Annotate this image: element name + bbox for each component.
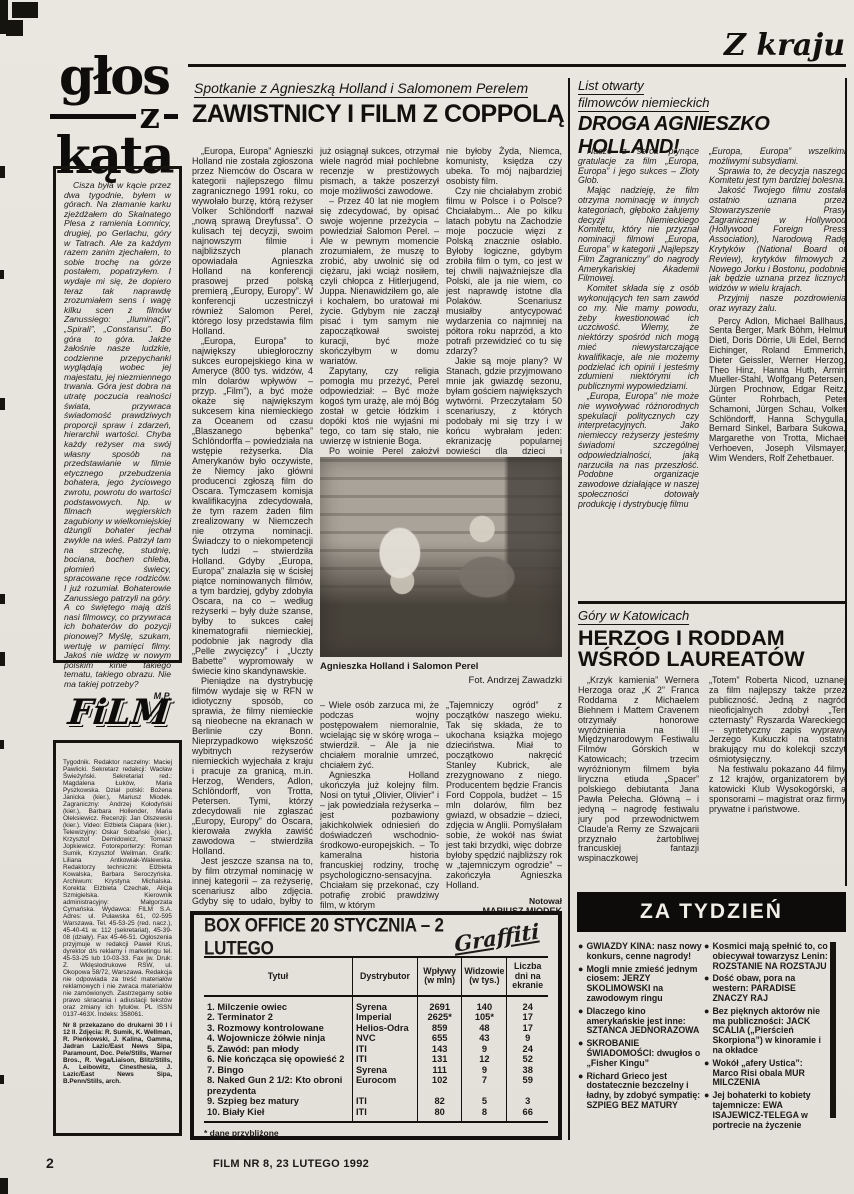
festival-headline: HERZOG I RODDAM WŚRÓD LAUREATÓW <box>578 628 850 670</box>
header-rule <box>188 64 846 67</box>
article-column-3: nie byłoby Żyda, Niemca, komunisty, księ… <box>446 146 562 454</box>
photo-agnieszka-holland-salomon-perel <box>320 457 562 657</box>
next-week-item: ●Wokół „afery Ustica”: Marco Risi obala … <box>704 1059 828 1088</box>
article-headline: ZAWISTNICY I FILM Z COPPOLĄ <box>192 100 572 129</box>
glos-logo-line1: głos <box>44 54 184 100</box>
photo-credit: Fot. Andrzej Zawadzki <box>320 675 562 686</box>
box-office-row: 8. Naked Gun 2 1/2: Kto obroni prezydent… <box>204 1075 548 1096</box>
box-office-row: 9. Szpieg bez maturyITI8253 <box>204 1096 548 1107</box>
box-office-footnote: * dane przybliżone <box>204 1128 548 1138</box>
article-column-2: już osiągnął sukces, otrzymał wiele nagr… <box>320 146 439 454</box>
box-office-row: 3. Rozmowy kontrolowaneHelios-Odra859481… <box>204 1023 548 1034</box>
edition-label: Z kraju <box>724 28 845 63</box>
glos-column-text: Cisza była w kącie przez dwa tygodnie, b… <box>64 181 171 689</box>
letter-column-1: Nasze z serca płynące gratulacje za film… <box>578 147 699 599</box>
box-office-column-header: Liczba dni na ekranie <box>507 957 548 996</box>
masthead-box: Tygodnik. Redaktor naczelny: Maciej Pawl… <box>53 740 182 1136</box>
festival-column-1: „Krzyk kamienia” Wernera Herzoga oraz „K… <box>578 676 699 886</box>
scan-mark <box>6 20 23 36</box>
box-office-column-header: Dystrybutor <box>352 957 417 996</box>
masthead-credits: Nr 8 przekazano do drukarni 30 I i 12 II… <box>63 1022 172 1085</box>
next-week-item: ●Kosmici mają spełnić to, co obiecywał t… <box>704 942 828 971</box>
next-week-item: ●Dlaczego kino amerykańskie jest inne: S… <box>578 1007 706 1036</box>
bullet-icon: ● <box>704 1059 709 1088</box>
bullet-icon: ● <box>704 974 709 1003</box>
glos-z-kata-logo: głos z kąta <box>44 54 184 180</box>
bullet-icon: ● <box>704 1091 709 1130</box>
glos-z-kata-column: Cisza była w kącie przez dwa tygodnie, b… <box>53 166 182 663</box>
column-divider-rule <box>568 78 570 1140</box>
bullet-icon: ● <box>578 942 583 962</box>
box-office-row: 4. Wojownicze żółwie ninjaNVC655439 <box>204 1033 548 1044</box>
letter-kicker: List otwarty filmowców niemieckich <box>578 78 709 112</box>
scan-mark <box>0 594 5 604</box>
bullet-icon: ● <box>578 1072 583 1111</box>
logo-bar <box>164 114 178 119</box>
festival-kicker: Góry w Katowicach <box>578 608 689 625</box>
box-office-row: 2. Terminator 2Imperial2625*105*17 <box>204 1012 548 1023</box>
box-office-row: 1. Milczenie owiecSyrena269114024 <box>204 996 548 1013</box>
graffiti-logo: Graffiti <box>454 918 540 957</box>
box-office-column-header: Widzowie (w tys.) <box>462 957 507 996</box>
festival-column-2: „Totem” Roberta Nicod, uznanej za film n… <box>709 676 846 886</box>
scan-mark <box>0 1075 4 1084</box>
box-office-column-header: Wpływy (w mln) <box>417 957 461 996</box>
box-office-panel: BOX OFFICE 20 STYCZNIA – 2 LUTEGO Graffi… <box>190 911 562 1140</box>
scan-mark <box>12 2 38 18</box>
next-week-item: ●SKROBANIE ŚWIADOMOŚCI: dwugłos o „Fishe… <box>578 1039 706 1068</box>
scan-mark <box>0 0 8 34</box>
next-week-list-right: ●Kosmici mają spełnić to, co obiecywał t… <box>704 942 828 1133</box>
article-column-1: „Europa, Europa” Agnieszki Holland nie z… <box>192 146 313 906</box>
scan-mark <box>0 270 4 279</box>
next-week-item: ●Jej bohaterki to kobiety tajemnicze: EW… <box>704 1091 828 1130</box>
next-week-item: ●Bez pięknych aktorów nie ma publicznośc… <box>704 1007 828 1056</box>
next-week-item: ●Richard Grieco jest dostatecznie bezcze… <box>578 1072 706 1111</box>
box-office-header-row: TytułDystrybutorWpływy (w mln)Widzowie (… <box>204 957 548 996</box>
scan-mark <box>0 652 5 666</box>
article-column-2-bottom: – Wiele osób zarzuca mi, że podczas wojn… <box>320 700 439 924</box>
letter-signatories: Percy Adlon, Michael Ballhaus, Senta Ber… <box>709 317 846 464</box>
box-office-row: 7. BingoSyrena111938 <box>204 1065 548 1076</box>
box-office-table: TytułDystrybutorWpływy (w mln)Widzowie (… <box>204 956 548 1123</box>
logo-bar <box>50 114 136 119</box>
scan-mark <box>0 740 4 749</box>
letter-column-2: „Europa, Europa” wszelkimi możliwymi sub… <box>709 147 846 599</box>
box-office-row: 10. Biały KiełITI80866 <box>204 1107 548 1123</box>
box-office-column-header: Tytuł <box>204 957 352 996</box>
masthead-info: Tygodnik. Redaktor naczelny: Maciej Pawl… <box>63 759 172 1018</box>
article-column-3-bottom: „Tajemniczy ogród” z początków naszego w… <box>446 700 562 924</box>
photo-caption: Agnieszka Holland i Salomon Perel <box>320 661 562 672</box>
bullet-icon: ● <box>578 965 583 1004</box>
next-week-item: ●GWIAZDY KINA: nasz nowy konkurs, cenne … <box>578 942 706 962</box>
magazine-page: Z kraju głos z kąta Cisza była w kącie p… <box>0 0 854 1194</box>
box-office-row: 5. Zawód: pan młodyITI143924 <box>204 1044 548 1055</box>
section-divider-rule <box>578 601 846 604</box>
next-week-side-bar <box>830 942 836 1118</box>
bullet-icon: ● <box>704 1007 709 1056</box>
scan-mark <box>0 398 5 410</box>
scan-mark <box>0 166 5 178</box>
bullet-icon: ● <box>704 942 709 971</box>
bullet-icon: ● <box>578 1039 583 1068</box>
bullet-icon: ● <box>578 1007 583 1036</box>
next-week-header: ZA TYDZIEŃ <box>577 892 846 932</box>
next-week-item: ●Dość obaw, pora na western: PARADISE ZN… <box>704 974 828 1003</box>
photo-caption-block: Agnieszka Holland i Salomon Perel Fot. A… <box>320 661 562 686</box>
box-office-row: 6. Nie kończąca się opowieść 2ITI1311252 <box>204 1054 548 1065</box>
next-week-list-left: ●GWIAZDY KINA: nasz nowy konkurs, cenne … <box>578 942 706 1114</box>
article-kicker: Spotkanie z Agnieszką Holland i Salomone… <box>194 80 528 98</box>
film-magazine-logo: FiLM <box>54 692 184 733</box>
box-office-title: BOX OFFICE 20 STYCZNIA – 2 LUTEGO <box>204 914 454 960</box>
issue-line: FILM NR 8, 23 LUTEGO 1992 <box>213 1158 369 1170</box>
next-week-item: ●Mogli mnie zmieść jednym ciosem: JERZY … <box>578 965 706 1004</box>
page-number: 2 <box>46 1155 54 1171</box>
scan-mark <box>0 1178 8 1194</box>
